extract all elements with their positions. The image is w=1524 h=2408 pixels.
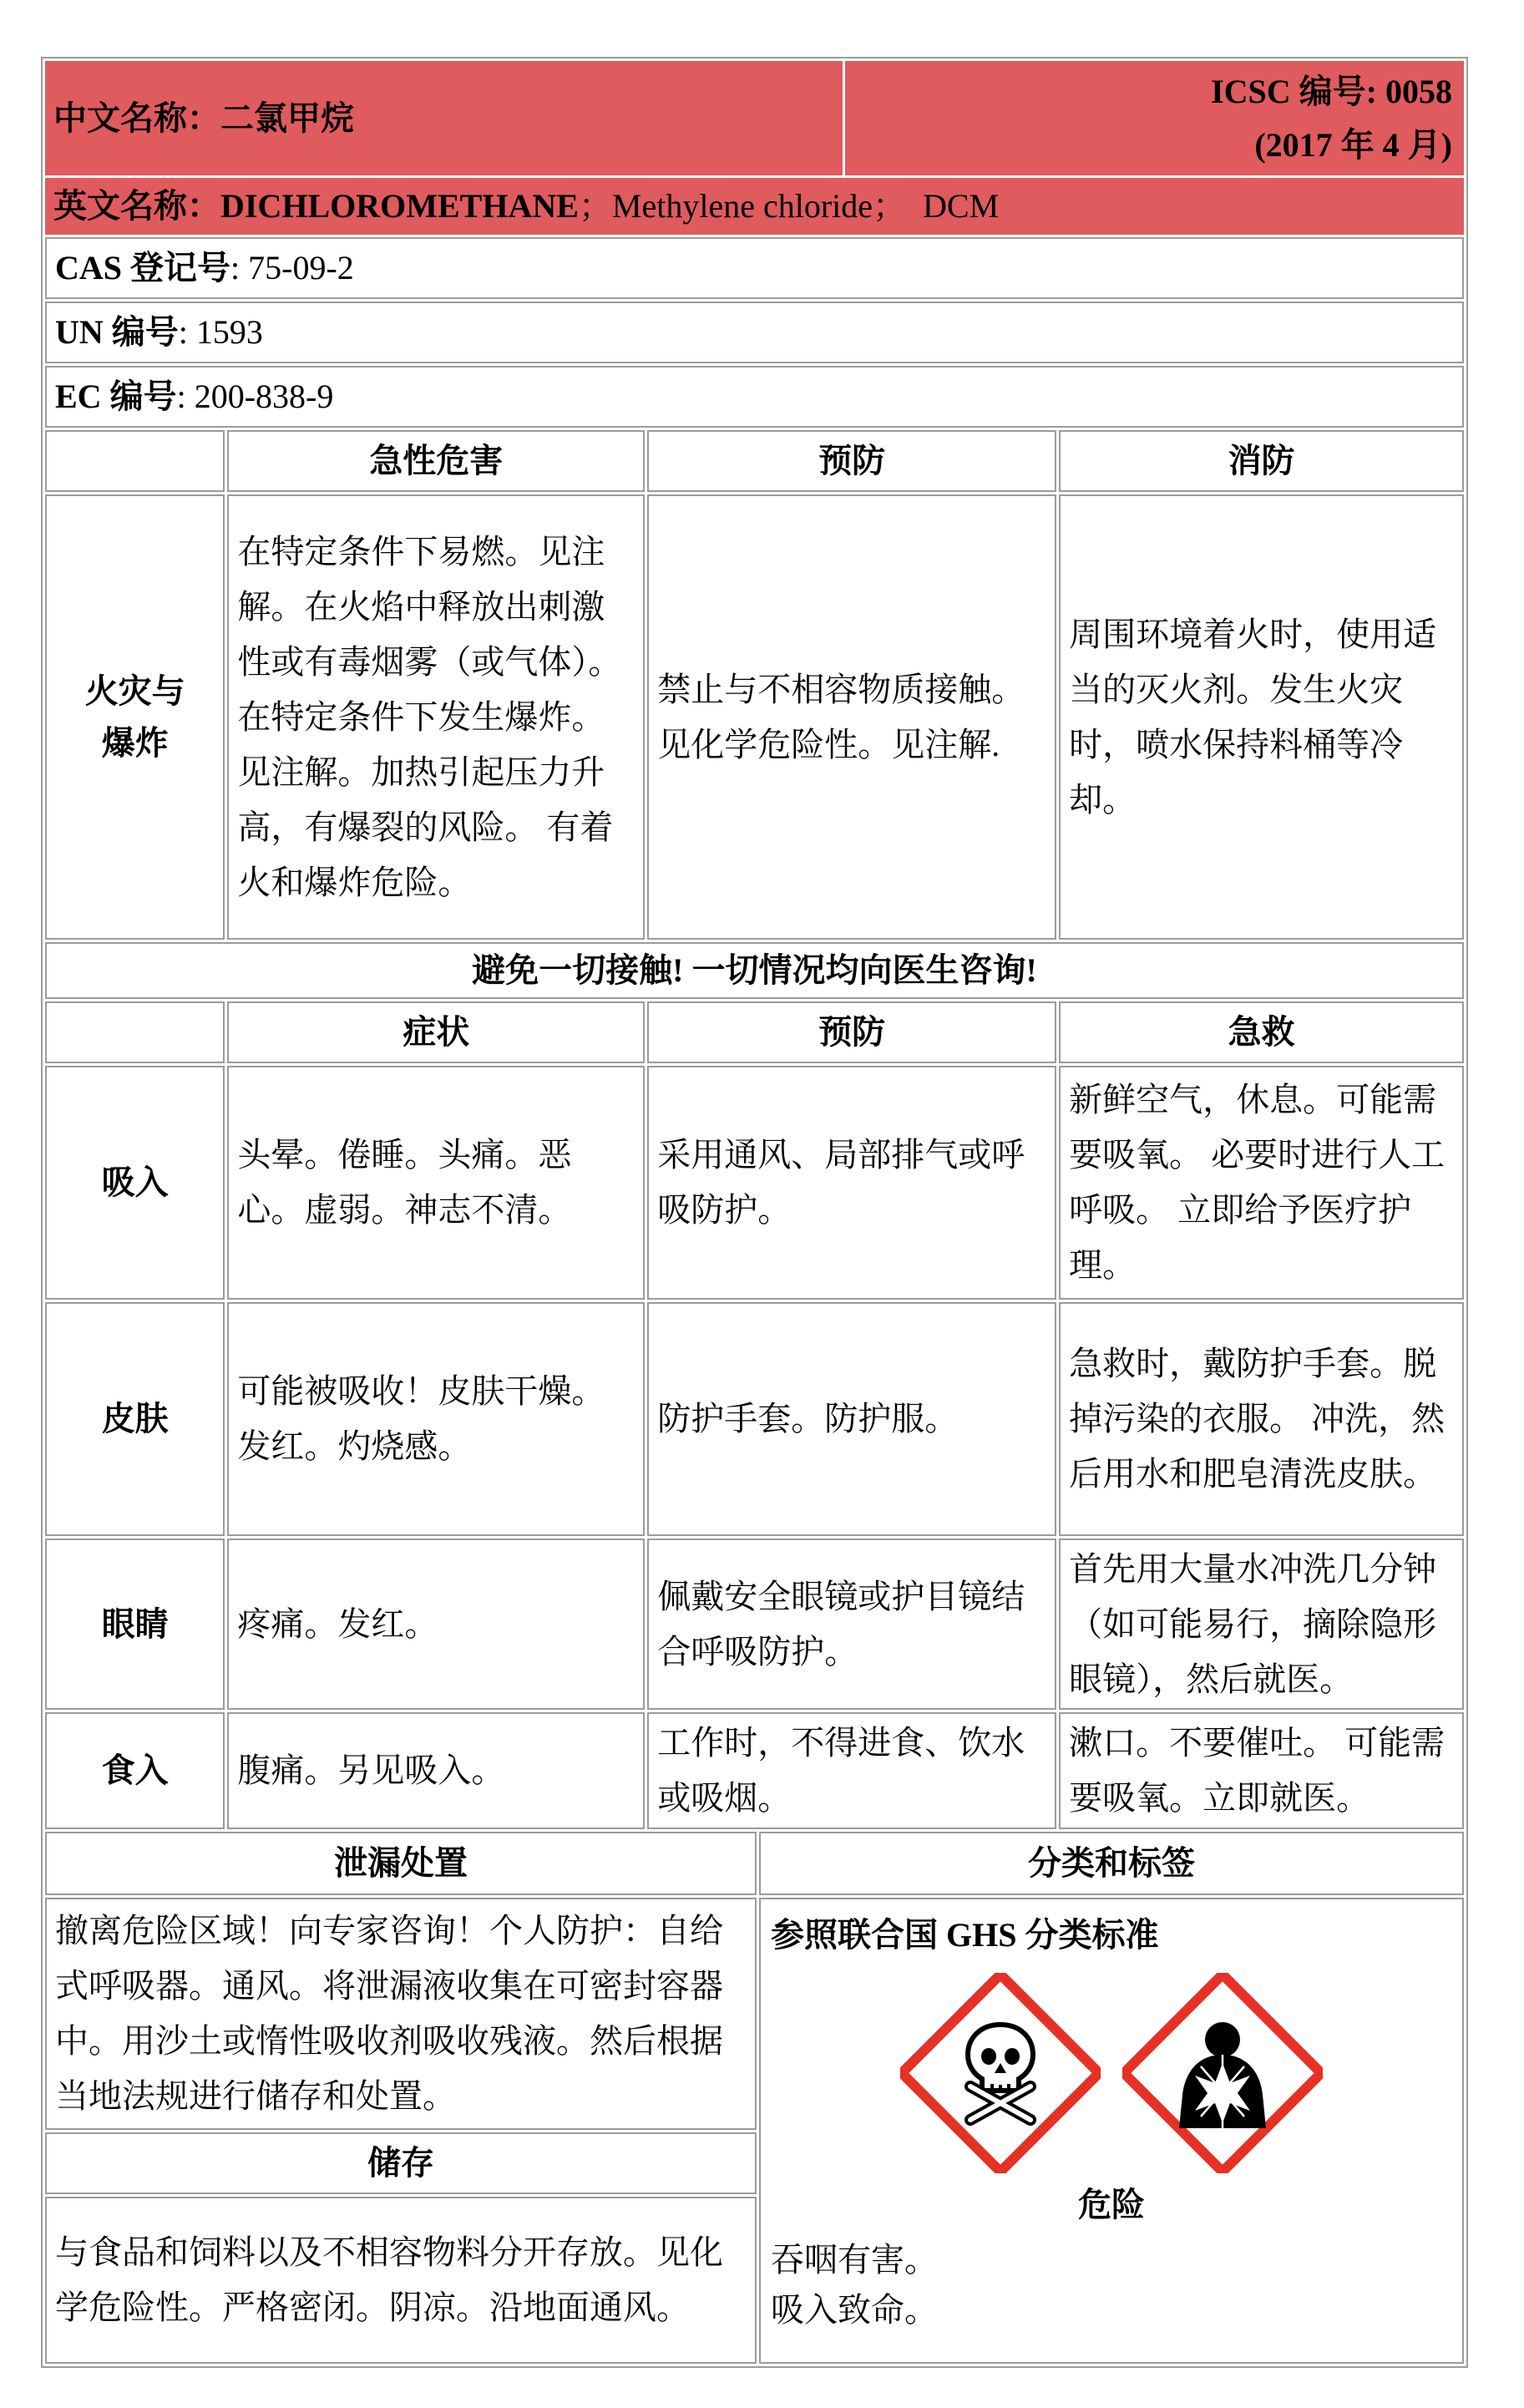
eyes-firstaid: 首先用大量水冲洗几分钟（如可能易行，摘除隐形眼镜），然后就医。 bbox=[1059, 1539, 1464, 1710]
ingestion-label: 食入 bbox=[45, 1712, 225, 1829]
english-synonyms: ；Methylene chloride； DCM bbox=[579, 179, 999, 234]
hazard-statement: 吸入致命。 bbox=[771, 2285, 1452, 2335]
storage-title-cell: 储存 bbox=[45, 2132, 757, 2194]
un-cell: UN 编号: 1593 bbox=[45, 302, 1464, 363]
exposure-header-prevention: 预防 bbox=[647, 1001, 1056, 1063]
fire-explosion-label: 火灾与爆炸 bbox=[45, 494, 225, 940]
spillage-storage-stack: 撤离危险区域！向专家咨询！个人防护：自给式呼吸器。通风。将泄漏液收集在可密封容器… bbox=[45, 1898, 757, 2364]
warning-banner: 避免一切接触! 一切情况均向医生咨询! bbox=[45, 942, 1464, 999]
inhalation-label: 吸入 bbox=[45, 1066, 225, 1300]
icsc-card: 中文名称：二氯甲烷 ICSC 编号: 0058 (2017 年 4 月) 英文名… bbox=[41, 57, 1468, 2368]
cas-row: CAS 登记号: 75-09-2 bbox=[45, 237, 1464, 299]
fire-explosion-row: 火灾与爆炸 在特定条件下易燃。见注解。在火焰中释放出刺激性或有毒烟雾（或气体）。… bbox=[45, 494, 1464, 940]
spillage-text-cell: 撤离危险区域！向专家咨询！个人防护：自给式呼吸器。通风。将泄漏液收集在可密封容器… bbox=[45, 1898, 757, 2130]
hazard-header-firefighting: 消防 bbox=[1059, 430, 1464, 492]
ingestion-row: 食入 腹痛。另见吸入。 工作时，不得进食、饮水或吸烟。 漱口。不要催吐。 可能需… bbox=[45, 1712, 1464, 1829]
chinese-name-cell: 中文名称：二氯甲烷 bbox=[45, 61, 843, 175]
ingestion-prevention: 工作时，不得进食、饮水或吸烟。 bbox=[647, 1712, 1056, 1829]
fire-acute-hazards: 在特定条件下易燃。见注解。在火焰中释放出刺激性或有毒烟雾（或气体）。在特定条件下… bbox=[227, 494, 645, 940]
hazard-header-acute: 急性危害 bbox=[227, 430, 645, 492]
ec-cell: EC 编号: 200-838-9 bbox=[45, 366, 1464, 428]
ec-label: EC 编号 bbox=[55, 369, 177, 424]
icsc-number: ICSC 编号: 0058 bbox=[1211, 65, 1452, 119]
skin-label: 皮肤 bbox=[45, 1302, 225, 1536]
ghs-pictograms bbox=[771, 1973, 1452, 2173]
classification-title: 分类和标签 bbox=[759, 1832, 1464, 1895]
inhalation-symptoms: 头晕。倦睡。头痛。恶心。虚弱。神志不清。 bbox=[227, 1066, 645, 1300]
eyes-label: 眼睛 bbox=[45, 1539, 225, 1710]
cas-value: : 75-09-2 bbox=[230, 241, 354, 296]
health-hazard-icon bbox=[1122, 1973, 1323, 2173]
inhalation-row: 吸入 头晕。倦睡。头痛。恶心。虚弱。神志不清。 采用通风、局部排气或呼吸防护。 … bbox=[45, 1066, 1464, 1300]
ec-value: : 200-838-9 bbox=[177, 369, 334, 424]
ingestion-firstaid: 漱口。不要催吐。 可能需要吸氧。立即就医。 bbox=[1059, 1712, 1464, 1829]
exposure-header-symptoms: 症状 bbox=[227, 1001, 645, 1063]
un-value: : 1593 bbox=[179, 305, 263, 360]
hazard-statement: 吞咽有害。 bbox=[771, 2235, 1452, 2285]
english-name-row: 英文名称：DICHLOROMETHANE；Methylene chloride；… bbox=[45, 178, 1464, 235]
inhalation-firstaid: 新鲜空气，休息。可能需要吸氧。 必要时进行人工呼吸。 立即给予医疗护理。 bbox=[1059, 1066, 1464, 1300]
eyes-symptoms: 疼痛。发红。 bbox=[227, 1539, 645, 1710]
icsc-number-cell: ICSC 编号: 0058 (2017 年 4 月) bbox=[845, 61, 1464, 175]
fire-prevention: 禁止与不相容物质接触。见化学危险性。见注解. bbox=[647, 494, 1056, 940]
exposure-header-row: 症状 预防 急救 bbox=[45, 1001, 1464, 1063]
ec-row: EC 编号: 200-838-9 bbox=[45, 366, 1464, 428]
english-name: DICHLOROMETHANE bbox=[220, 179, 579, 234]
exposure-header-spacer bbox=[45, 1001, 225, 1063]
fire-fighting: 周围环境着火时，使用适当的灭火剂。发生火灾时，喷水保持料桶等冷却。 bbox=[1059, 494, 1464, 940]
english-name-cell: 英文名称：DICHLOROMETHANE；Methylene chloride；… bbox=[45, 178, 1464, 235]
skin-row: 皮肤 可能被吸收！皮肤干燥。发红。灼烧感。 防护手套。防护服。 急救时，戴防护手… bbox=[45, 1302, 1464, 1536]
chinese-name: 中文名称：二氯甲烷 bbox=[53, 91, 354, 146]
hazard-header-row: 急性危害 预防 消防 bbox=[45, 430, 1464, 492]
skull-crossbones-icon bbox=[900, 1973, 1101, 2173]
un-label: UN 编号 bbox=[55, 305, 179, 360]
inhalation-prevention: 采用通风、局部排气或呼吸防护。 bbox=[647, 1066, 1056, 1300]
exposure-header-firstaid: 急救 bbox=[1059, 1001, 1464, 1063]
title-row: 中文名称：二氯甲烷 ICSC 编号: 0058 (2017 年 4 月) bbox=[45, 61, 1464, 175]
eyes-prevention: 佩戴安全眼镜或护目镜结合呼吸防护。 bbox=[647, 1539, 1056, 1710]
ghs-note: 参照联合国 GHS 分类标准 bbox=[771, 1909, 1452, 1961]
skin-firstaid: 急救时，戴防护手套。脱掉污染的衣服。 冲洗，然后用水和肥皂清洗皮肤。 bbox=[1059, 1302, 1464, 1536]
spillage-title: 泄漏处置 bbox=[45, 1832, 757, 1895]
hazard-header-spacer bbox=[45, 430, 225, 492]
hazard-statements: 吞咽有害。 吸入致命。 bbox=[771, 2235, 1452, 2335]
eyes-row: 眼睛 疼痛。发红。 佩戴安全眼镜或护目镜结合呼吸防护。 首先用大量水冲洗几分钟（… bbox=[45, 1539, 1464, 1710]
icsc-document-page: { "title_row": { "cn_title": "中文名称：二氯甲烷"… bbox=[0, 0, 1524, 2408]
bottom-block: 撤离危险区域！向专家咨询！个人防护：自给式呼吸器。通风。将泄漏液收集在可密封容器… bbox=[45, 1898, 1464, 2364]
english-name-label: 英文名称： bbox=[53, 179, 220, 234]
un-row: UN 编号: 1593 bbox=[45, 302, 1464, 363]
cas-cell: CAS 登记号: 75-09-2 bbox=[45, 237, 1464, 299]
icsc-date: (2017 年 4 月) bbox=[1254, 119, 1452, 172]
ingestion-symptoms: 腹痛。另见吸入。 bbox=[227, 1712, 645, 1829]
cas-label: CAS 登记号 bbox=[55, 241, 230, 296]
section-header-row: 泄漏处置 分类和标签 bbox=[45, 1832, 1464, 1895]
hazard-header-prevention: 预防 bbox=[647, 430, 1056, 492]
signal-word: 危险 bbox=[771, 2180, 1452, 2230]
warning-banner-row: 避免一切接触! 一切情况均向医生咨询! bbox=[45, 942, 1464, 999]
skin-prevention: 防护手套。防护服。 bbox=[647, 1302, 1056, 1536]
skin-symptoms: 可能被吸收！皮肤干燥。发红。灼烧感。 bbox=[227, 1302, 645, 1536]
ghs-classification-cell: 参照联合国 GHS 分类标准 bbox=[759, 1898, 1464, 2364]
storage-text-cell: 与食品和饲料以及不相容物料分开存放。见化学危险性。严格密闭。阴凉。沿地面通风。 bbox=[45, 2197, 757, 2364]
